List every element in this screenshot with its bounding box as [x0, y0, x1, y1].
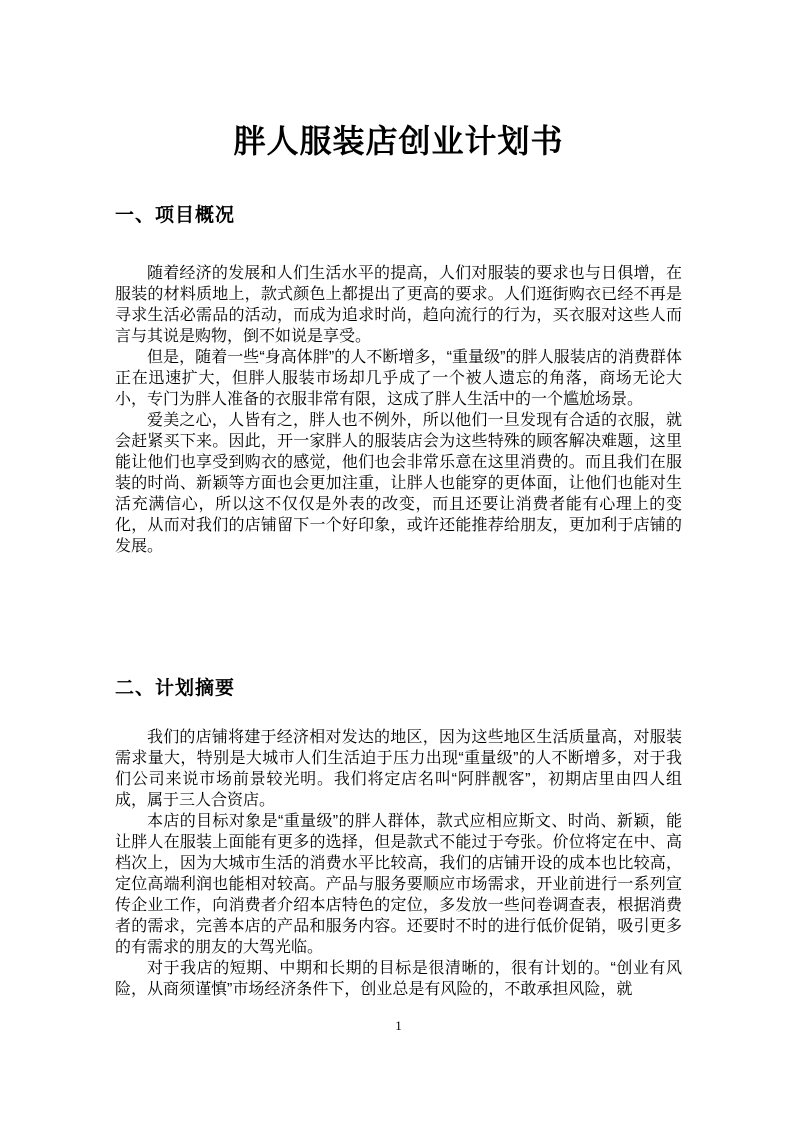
paragraph: 对于我店的短期、中期和长期的目标是很清晰的，很有计划的。“创业有风险，从商须谨慎…	[115, 958, 682, 1000]
paragraph: 爱美之心，人皆有之，胖人也不例外，所以他们一旦发现有合适的衣服，就会赶紧买下来。…	[115, 410, 682, 557]
paragraph: 我们的店铺将建于经济相对发达的地区，因为这些地区生活质量高，对服装需求量大，特别…	[115, 727, 682, 811]
paragraph: 本店的目标对象是“重量级”的胖人群体，款式应相应斯文、时尚、新颖，能让胖人在服装…	[115, 811, 682, 958]
page-number: 1	[395, 1018, 402, 1033]
document-page: 胖人服装店创业计划书 一、项目概况 随着经济的发展和人们生活水平的提高，人们对服…	[0, 0, 794, 1123]
section-heading-project-overview: 一、项目概况	[115, 202, 682, 230]
document-title: 胖人服装店创业计划书	[115, 120, 682, 162]
section-body-plan-summary: 我们的店铺将建于经济相对发达的地区，因为这些地区生活质量高，对服装需求量大，特别…	[115, 727, 682, 1000]
paragraph: 但是，随着一些“身高体胖”的人不断增多，“重量级”的胖人服装店的消费群体正在迅速…	[115, 347, 682, 410]
section-body-project-overview: 随着经济的发展和人们生活水平的提高，人们对服装的要求也与日俱增，在服装的材料质地…	[115, 263, 682, 557]
page-footer: 1	[115, 1017, 682, 1035]
section-heading-plan-summary: 二、计划摘要	[115, 675, 682, 703]
document-content: 胖人服装店创业计划书 一、项目概况 随着经济的发展和人们生活水平的提高，人们对服…	[0, 0, 794, 1035]
paragraph: 随着经济的发展和人们生活水平的提高，人们对服装的要求也与日俱增，在服装的材料质地…	[115, 263, 682, 347]
